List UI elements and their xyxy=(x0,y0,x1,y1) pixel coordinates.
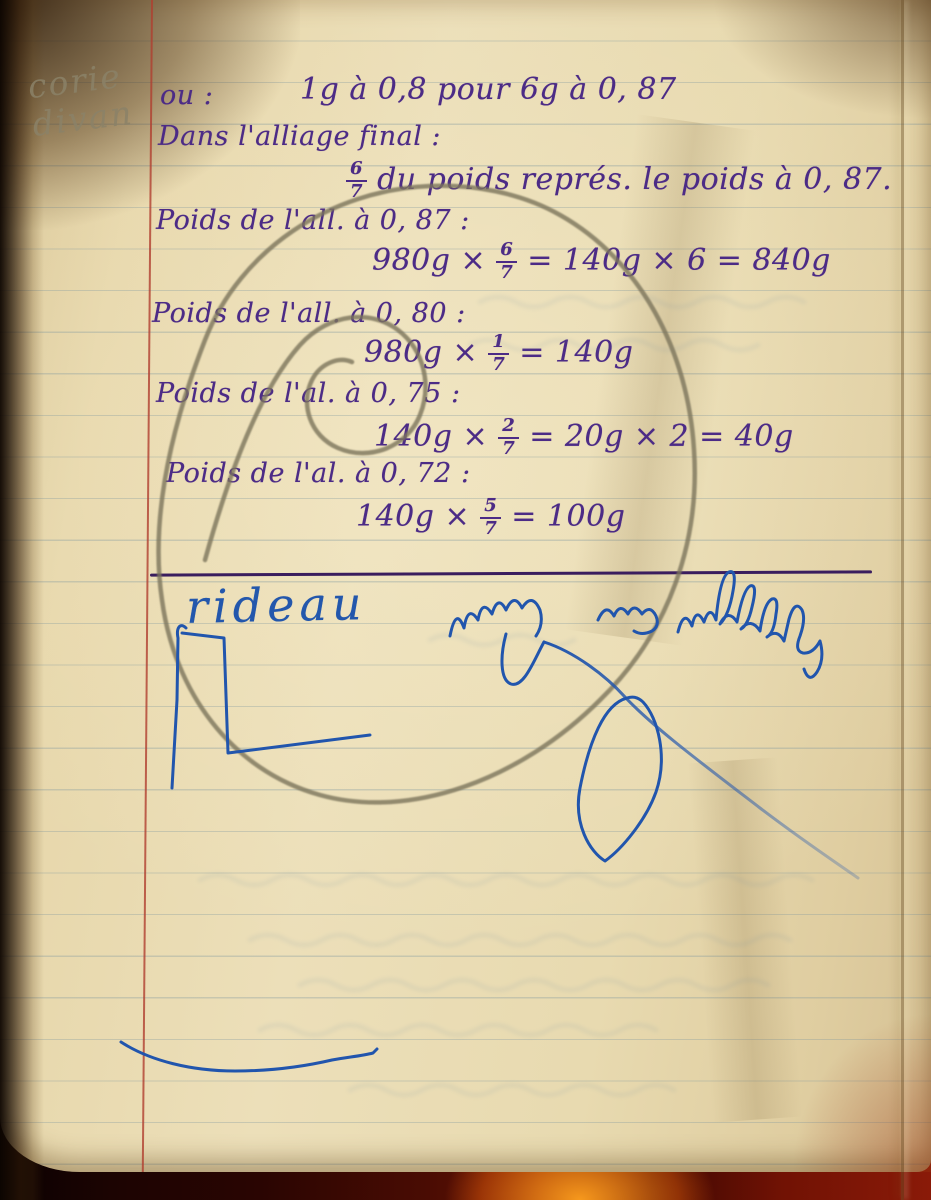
blue-bottom-wave xyxy=(121,1042,377,1071)
blue-scribble-word-3 xyxy=(598,608,657,634)
doodle-overlay xyxy=(0,0,931,1200)
blue-zigzag-left-2 xyxy=(182,633,370,753)
ink-bleed-through xyxy=(200,297,812,1095)
pencil-oval-doodle xyxy=(159,186,695,803)
notebook-photo: corie divan ou : 1g à 0,8 pour 6g à 0, 8… xyxy=(0,0,931,1200)
blue-scribble-word-2 xyxy=(450,600,541,636)
blue-scribble-word-4 xyxy=(678,572,822,678)
